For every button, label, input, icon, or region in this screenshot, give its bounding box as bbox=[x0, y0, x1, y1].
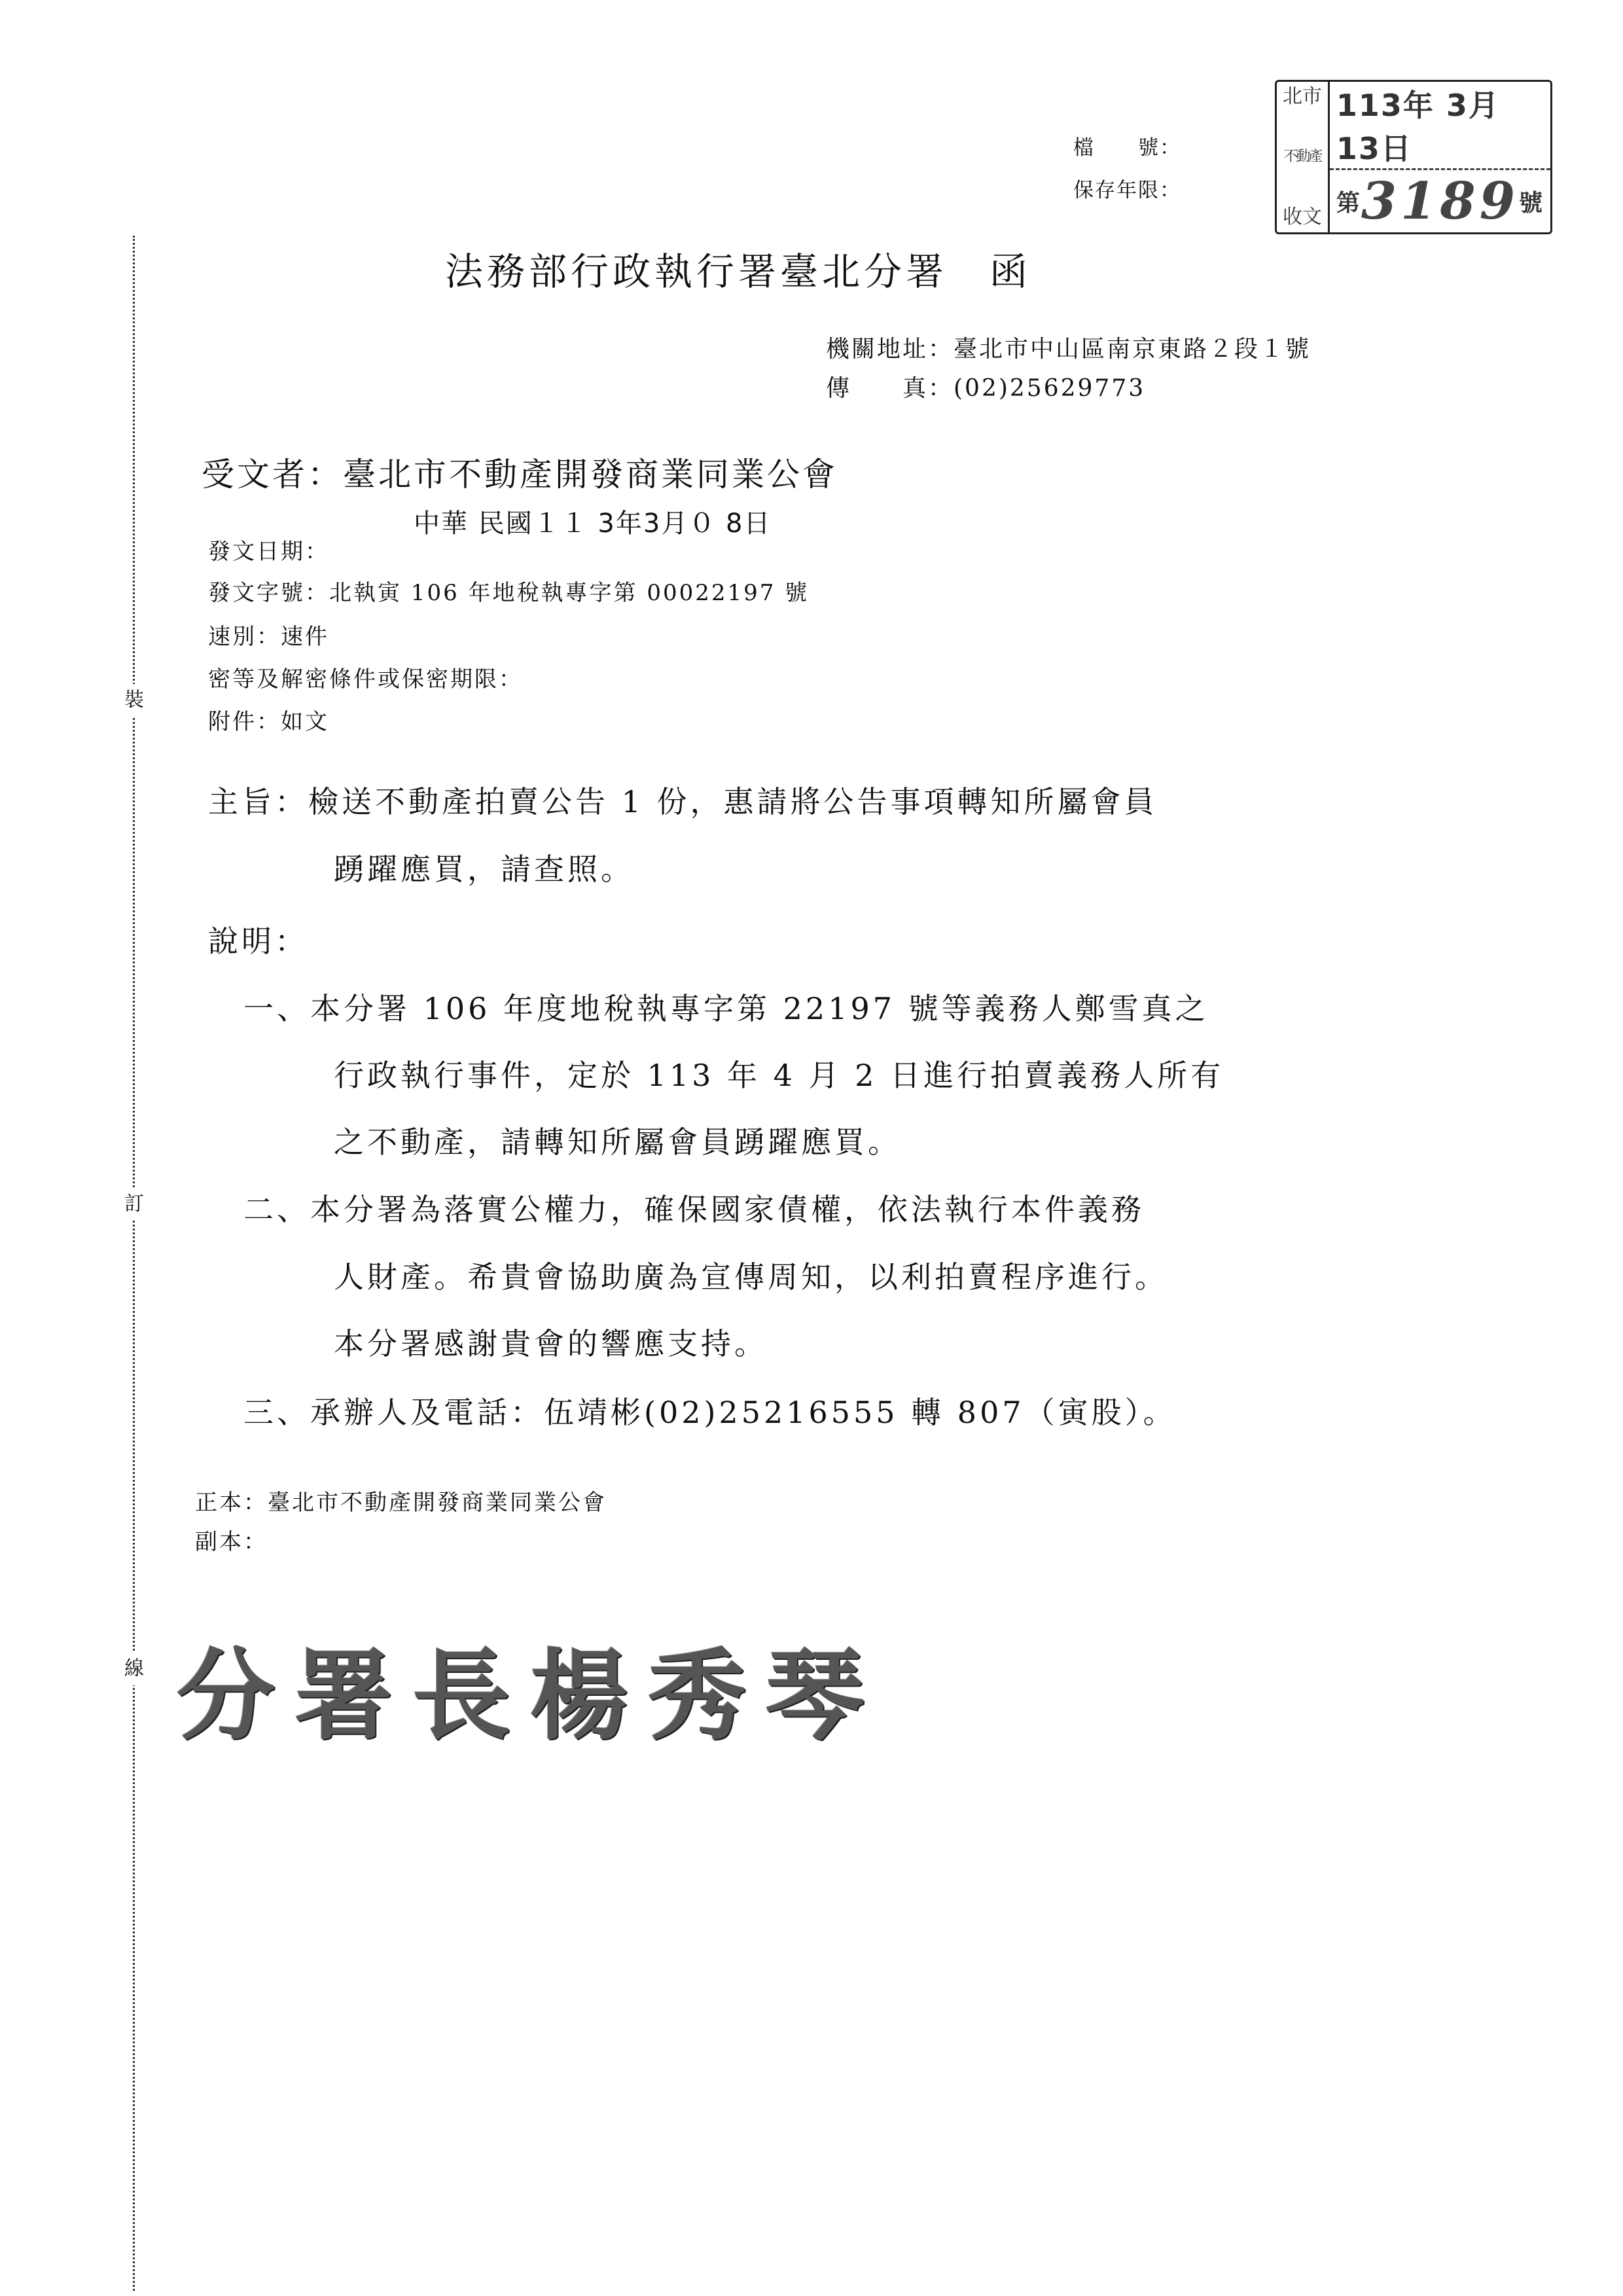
stamp-number-row: 第 3189 號 bbox=[1330, 170, 1550, 232]
explanation-item-2-line-2: 人財產。希貴會協助廣為宣傳周知，以利拍賣程序進行。 bbox=[334, 1262, 1168, 1292]
agency-address: 機關地址：臺北市中山區南京東路２段１號 bbox=[826, 331, 1311, 364]
subject-line-1: 主旨：檢送不動產拍賣公告 1 份，惠請將公告事項轉知所屬會員 bbox=[208, 787, 1158, 817]
stamp-office-received: 收文 bbox=[1283, 207, 1322, 227]
file-number-label: 檔 號： bbox=[1073, 131, 1181, 160]
binding-label-ding: 訂 bbox=[118, 1188, 151, 1221]
explanation-item-1-line-3: 之不動產，請轉知所屬會員踴躍應買。 bbox=[334, 1127, 901, 1157]
subject-line-2: 踴躍應買，請查照。 bbox=[334, 854, 634, 884]
binding-margin-line bbox=[133, 236, 135, 2291]
explanation-item-3-line-1: 三、承辦人及電話：伍靖彬(02)25216555 轉 807（寅股）。 bbox=[243, 1397, 1177, 1427]
received-stamp: 北市 不動產 收文 113年 3月13日 第 3189 號 bbox=[1275, 80, 1552, 234]
urgency: 速別：速件 bbox=[208, 619, 329, 651]
document-number: 發文字號：北執寅 106 年地稅執專字第 00022197 號 bbox=[208, 575, 809, 607]
stamp-office-column: 北市 不動產 收文 bbox=[1277, 82, 1330, 232]
issue-date-label: 發文日期： bbox=[208, 533, 329, 565]
retention-period-label: 保存年限： bbox=[1073, 173, 1181, 203]
explanation-label: 說明： bbox=[208, 926, 308, 956]
stamp-office-city: 北市 bbox=[1283, 87, 1322, 107]
stamp-office-dept: 不動產 bbox=[1283, 150, 1321, 164]
explanation-item-1-line-2: 行政執行事件，定於 113 年 4 月 2 日進行拍賣義務人所有 bbox=[334, 1060, 1224, 1090]
document-title: 法務部行政執行署臺北分署 函 bbox=[445, 241, 1031, 296]
confidentiality: 密等及解密條件或保密期限： bbox=[208, 661, 523, 693]
explanation-item-2-line-3: 本分署感謝貴會的響應支持。 bbox=[334, 1329, 768, 1359]
binding-label-xian: 線 bbox=[118, 1653, 151, 1685]
original-copy-recipient: 正本：臺北市不動產開發商業同業公會 bbox=[195, 1484, 607, 1516]
stamp-received-number: 3189 bbox=[1361, 171, 1519, 231]
attachment: 附件：如文 bbox=[208, 704, 329, 736]
recipient: 受文者：臺北市不動產開發商業同業公會 bbox=[202, 448, 838, 495]
explanation-item-1-line-1: 一、本分署 106 年度地稅執專字第 22197 號等義務人鄭雪真之 bbox=[243, 994, 1209, 1024]
agency-fax: 傳 真：(02)25629773 bbox=[826, 370, 1145, 403]
director-signature: 分署長楊秀琴 bbox=[177, 1617, 883, 1758]
stamp-number-suffix: 號 bbox=[1519, 185, 1544, 218]
issue-date-value: 中華 民國１１ 3年3月０ 8日 bbox=[414, 503, 772, 540]
binding-label-zhuang: 裝 bbox=[118, 684, 151, 717]
stamp-date: 113年 3月13日 bbox=[1336, 82, 1544, 168]
duplicate-copy-recipient: 副本： bbox=[195, 1524, 268, 1556]
stamp-number-prefix: 第 bbox=[1336, 185, 1361, 218]
stamp-date-row: 113年 3月13日 bbox=[1330, 82, 1550, 170]
explanation-item-2-line-1: 二、本分署為落實公權力，確保國家債權，依法執行本件義務 bbox=[243, 1194, 1145, 1225]
